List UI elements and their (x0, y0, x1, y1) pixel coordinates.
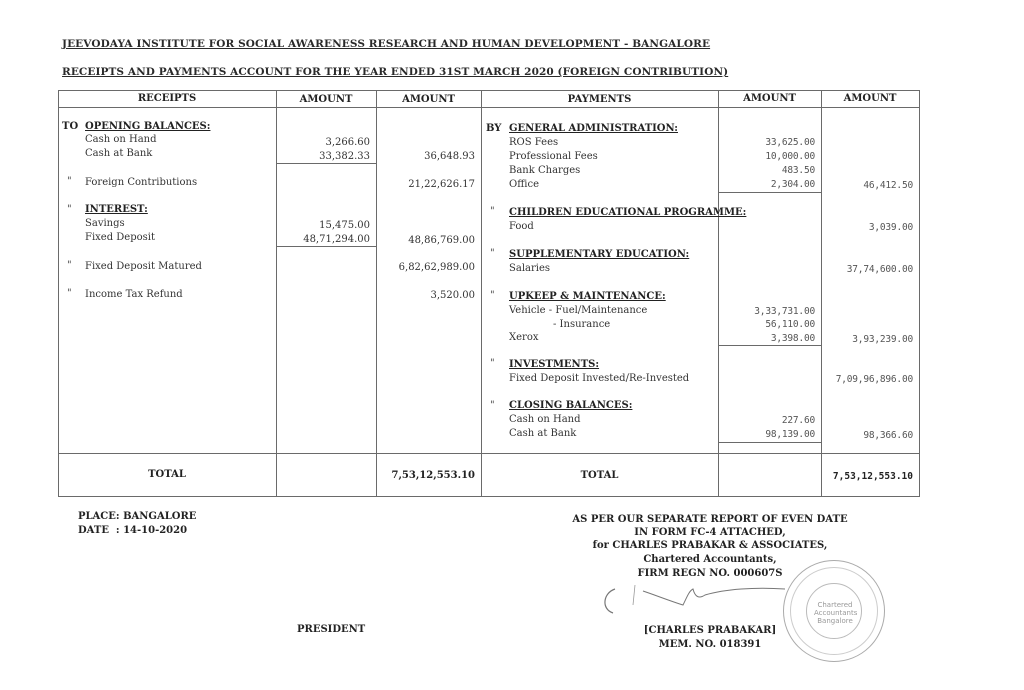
interest-total: 48,86,769.00 (376, 235, 475, 246)
supplementary-edu-heading: SUPPLEMENTARY EDUCATION: (509, 249, 689, 260)
president-signatory: PRESIDENT (297, 624, 365, 635)
office-label: Office (509, 179, 539, 190)
vehicle-fuel-label: Vehicle - Fuel/Maintenance (509, 305, 647, 316)
ditto-mark: " (490, 290, 495, 301)
col-amount-header: AMOUNT (376, 94, 481, 105)
closing-cash-on-hand-label: Cash on Hand (509, 414, 581, 425)
payments-grand-total: 7,53,12,553.10 (821, 471, 913, 482)
date-label: DATE : 14-10-2020 (78, 525, 187, 536)
ditto-mark: " (67, 260, 72, 271)
closing-cash-at-bank-amount: 98,139.00 (718, 429, 815, 440)
col-payments-header: PAYMENTS (481, 94, 718, 105)
opening-cash-on-hand-amount: 3,266.60 (276, 137, 370, 148)
ros-fees-amount: 33,625.00 (718, 137, 815, 148)
statement-title: RECEIPTS AND PAYMENTS ACCOUNT FOR THE YE… (62, 66, 728, 78)
children-edu-heading: CHILDREN EDUCATIONAL PROGRAMME: (509, 207, 746, 218)
income-tax-refund-label: Income Tax Refund (85, 289, 183, 300)
stamp-center-text: Chartered Accountants Bangalore (814, 601, 856, 625)
bank-charges-amount: 483.50 (718, 165, 815, 176)
bank-charges-label: Bank Charges (509, 165, 580, 176)
interest-heading: INTEREST: (85, 204, 148, 215)
closing-balances-heading: CLOSING BALANCES: (509, 400, 632, 411)
professional-fees-label: Professional Fees (509, 151, 598, 162)
institute-name: JEEVODAYA INSTITUTE FOR SOCIAL AWARENESS… (62, 38, 710, 50)
salaries-label: Salaries (509, 263, 550, 274)
children-edu-total: 3,039.00 (821, 222, 913, 233)
signature-mark (595, 575, 795, 625)
col-amount-header: AMOUNT (718, 93, 821, 104)
interest-savings-label: Savings (85, 218, 125, 229)
foreign-contributions-label: Foreign Contributions (85, 177, 197, 188)
closing-cash-at-bank-label: Cash at Bank (509, 428, 576, 439)
upkeep-heading: UPKEEP & MAINTENANCE: (509, 291, 666, 302)
receipts-total-label: TOTAL (58, 469, 276, 480)
vehicle-fuel-amount: 3,33,731.00 (718, 306, 815, 317)
ros-fees-label: ROS Fees (509, 137, 558, 148)
auditor-line-1: AS PER OUR SEPARATE REPORT OF EVEN DATE (540, 514, 880, 525)
upkeep-total: 3,93,239.00 (821, 334, 913, 345)
foreign-contributions-total: 21,22,626.17 (376, 179, 475, 190)
payments-total-label: TOTAL (481, 470, 718, 481)
xerox-amount: 3,398.00 (718, 333, 815, 344)
opening-cash-at-bank-label: Cash at Bank (85, 148, 152, 159)
col-receipts-header: RECEIPTS (58, 93, 276, 104)
opening-cash-on-hand-label: Cash on Hand (85, 134, 157, 145)
general-admin-total: 46,412.50 (821, 180, 913, 191)
auditor-seal-stamp: Chartered Accountants Bangalore (783, 560, 885, 662)
xerox-label: Xerox (509, 332, 538, 343)
col-amount-header: AMOUNT (276, 94, 376, 105)
col-amount-header: AMOUNT (821, 93, 919, 104)
ditto-mark: " (490, 248, 495, 259)
interest-savings-amount: 15,475.00 (276, 220, 370, 231)
ditto-mark: " (67, 288, 72, 299)
insurance-label: - Insurance (553, 319, 610, 330)
opening-balances-heading: OPENING BALANCES: (85, 121, 210, 132)
prefix-by: BY (486, 123, 501, 134)
ditto-mark: " (67, 204, 72, 215)
general-admin-heading: GENERAL ADMINISTRATION: (509, 123, 678, 134)
income-tax-refund-total: 3,520.00 (376, 290, 475, 301)
auditor-line-3: for CHARLES PRABAKAR & ASSOCIATES, (540, 540, 880, 551)
prefix-to: TO (62, 121, 78, 132)
auditor-line-2: IN FORM FC-4 ATTACHED, (540, 527, 880, 538)
interest-fd-amount: 48,71,294.00 (276, 234, 370, 245)
receipts-grand-total: 7,53,12,553.10 (376, 470, 475, 481)
office-amount: 2,304.00 (718, 179, 815, 190)
food-label: Food (509, 221, 534, 232)
supplementary-edu-total: 37,74,600.00 (821, 264, 913, 275)
investments-heading: INVESTMENTS: (509, 359, 599, 370)
fd-matured-total: 6,82,62,989.00 (376, 262, 475, 273)
investments-total: 7,09,96,896.00 (821, 374, 913, 385)
closing-balances-total: 98,366.60 (821, 430, 913, 441)
ditto-mark: " (490, 206, 495, 217)
opening-balances-total: 36,648.93 (376, 151, 475, 162)
ditto-mark: " (490, 358, 495, 369)
opening-cash-at-bank-amount: 33,382.33 (276, 151, 370, 162)
fd-invested-label: Fixed Deposit Invested/Re-Invested (509, 373, 689, 384)
interest-fd-label: Fixed Deposit (85, 232, 155, 243)
ditto-mark: " (490, 400, 495, 411)
closing-cash-on-hand-amount: 227.60 (718, 415, 815, 426)
fd-matured-label: Fixed Deposit Matured (85, 261, 202, 272)
professional-fees-amount: 10,000.00 (718, 151, 815, 162)
ditto-mark: " (67, 176, 72, 187)
place-label: PLACE: BANGALORE (78, 511, 196, 522)
insurance-amount: 56,110.00 (718, 319, 815, 330)
